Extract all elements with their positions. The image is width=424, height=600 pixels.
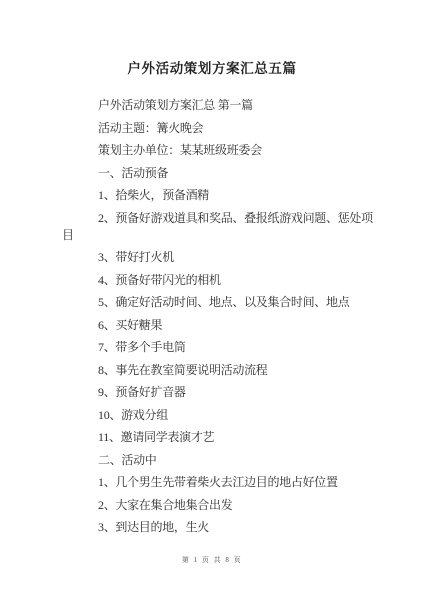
paragraph: 3、到达目的地，生火 — [62, 519, 380, 536]
paragraph: 户外活动策划方案汇总 第一篇 — [62, 97, 380, 114]
paragraph: 4、预备好带闪光的相机 — [62, 272, 380, 289]
paragraph: 1、拾柴火，预备酒精 — [62, 187, 380, 204]
paragraph: 活动主题：篝火晚会 — [62, 120, 380, 137]
document-title: 户外活动策划方案汇总五篇 — [0, 57, 424, 77]
document-body: 户外活动策划方案汇总 第一篇 活动主题：篝火晚会 策划主办单位：某某班级班委会 … — [62, 97, 380, 542]
paragraph: 8、事先在教室简要说明活动流程 — [62, 362, 380, 379]
paragraph: 5、确定好活动时间、地点、以及集合时间、地点 — [62, 294, 380, 311]
paragraph: 1、几个男生先带着柴火去江边目的地占好位置 — [62, 474, 380, 491]
page-number-footer: 第 1 页 共 8 页 — [0, 555, 424, 565]
paragraph: 9、预备好扩音器 — [62, 384, 380, 401]
paragraph: 3、带好打火机 — [62, 249, 380, 266]
document-page: 户外活动策划方案汇总五篇 户外活动策划方案汇总 第一篇 活动主题：篝火晚会 策划… — [0, 0, 424, 600]
paragraph: 6、买好糖果 — [62, 317, 380, 334]
paragraph: 策划主办单位：某某班级班委会 — [62, 142, 380, 159]
paragraph: 一、活动预备 — [62, 165, 380, 182]
paragraph: 7、带多个手电筒 — [62, 339, 380, 356]
paragraph: 二、活动中 — [62, 452, 380, 469]
paragraph: 11、邀请同学表演才艺 — [62, 429, 380, 446]
paragraph: 2、大家在集合地集合出发 — [62, 497, 380, 514]
paragraph: 2、预备好游戏道具和奖品、叠报纸游戏问题、惩处项目 — [62, 210, 380, 244]
paragraph: 10、游戏分组 — [62, 407, 380, 424]
